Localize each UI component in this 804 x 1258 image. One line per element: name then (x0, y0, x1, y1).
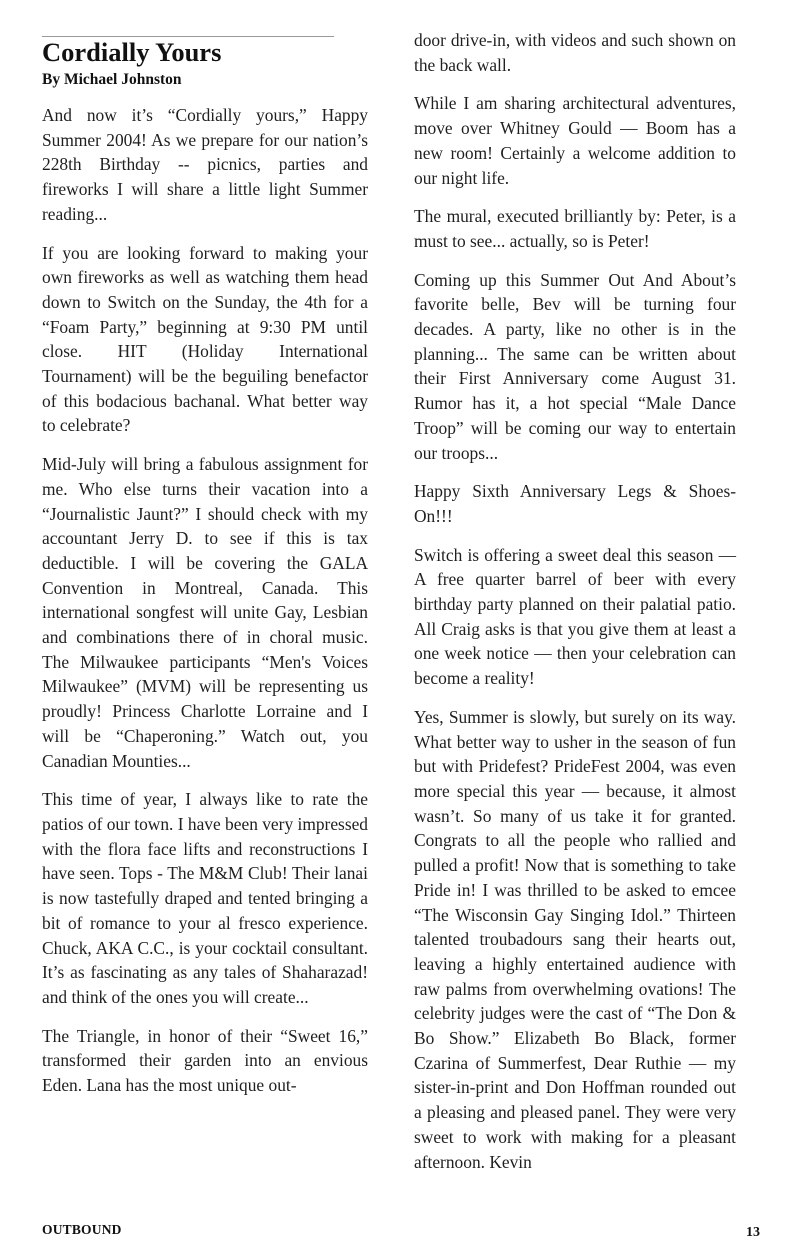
paragraph: While I am sharing architectural adven­t… (414, 91, 736, 190)
paragraph: Switch is offering a sweet deal this sea… (414, 543, 736, 691)
paragraph: If you are looking forward to making you… (42, 241, 368, 439)
paragraph: Coming up this Summer Out And About’s fa… (414, 268, 736, 466)
paragraph: door drive-in, with videos and such show… (414, 28, 736, 77)
paragraph: The Triangle, in honor of their “Sweet 1… (42, 1024, 368, 1098)
page-number: 13 (746, 1225, 760, 1241)
paragraph: This time of year, I always like to rate… (42, 787, 368, 1009)
paragraph: Happy Sixth Anniversary Legs & Shoes-On!… (414, 479, 736, 528)
magazine-page: Cordially Yours By Michael Johnston And … (0, 0, 804, 1258)
right-column: door drive-in, with videos and such show… (414, 28, 736, 1188)
article-byline: By Michael Johnston (42, 70, 182, 90)
paragraph: Yes, Summer is slowly, but surely on its… (414, 705, 736, 1174)
left-column: And now it’s “Cordially yours,” Happy Su… (42, 103, 368, 1112)
article-title: Cordially Yours (42, 37, 221, 67)
paragraph: Mid-July will bring a fabulous assignmen… (42, 452, 368, 773)
publication-name: OUTBOUND (42, 1222, 122, 1238)
paragraph: And now it’s “Cordially yours,” Happy Su… (42, 103, 368, 227)
paragraph: The mural, executed brilliantly by: Pete… (414, 204, 736, 253)
